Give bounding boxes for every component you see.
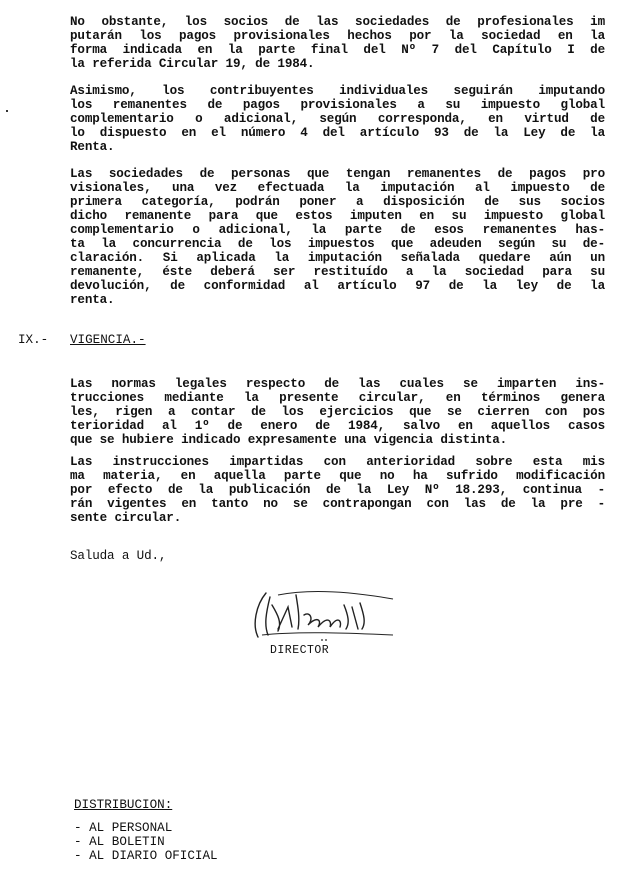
text-line: por efecto de la publicación de la Ley N… [70, 483, 605, 497]
text-line: Las normas legales respecto de las cuale… [70, 377, 605, 391]
section-title: VIGENCIA.- [70, 333, 146, 347]
text-line: visionales, una vez efectuada la imputac… [70, 181, 605, 195]
text-line: No obstante, los socios de las sociedade… [70, 15, 605, 29]
section-number: IX.- [18, 333, 48, 347]
distribution-item: - AL DIARIO OFICIAL [74, 849, 218, 863]
text-line: terioridad al 1º de enero de 1984, salvo… [70, 419, 605, 433]
text-line: claración. Si aplicada la imputación señ… [70, 251, 605, 265]
text-line: putarán los pagos provisionales hechos p… [70, 29, 605, 43]
text-line: rán vigentes en tanto no se contrapongan… [70, 497, 605, 511]
closing-salutation: Saluda a Ud., [70, 549, 605, 563]
text-line: devolución, de conformidad al artículo 9… [70, 279, 605, 293]
text-line: los remanentes de pagos provisionales a … [70, 98, 605, 112]
text-line: remanente, éste deberá ser restituído a … [70, 265, 605, 279]
text-line: complementario o adicional, la parte de … [70, 223, 605, 237]
text-line: Renta. [70, 140, 605, 154]
text-line: renta. [70, 293, 605, 307]
signature-scribble [248, 585, 398, 645]
text-line: Las sociedades de personas que tengan re… [70, 167, 605, 181]
text-line: dicho remanente para que estos imputen e… [70, 209, 605, 223]
signer-title: DIRECTOR [270, 644, 329, 657]
distribution-item: - AL PERSONAL [74, 821, 172, 835]
text-line: Las instrucciones impartidas con anterio… [70, 455, 605, 469]
text-line: complementario o adicional, según corres… [70, 112, 605, 126]
distribution-title: DISTRIBUCION: [74, 798, 172, 812]
text-line: sente circular. [70, 511, 605, 525]
text-line: Asimismo, los contribuyentes individuale… [70, 84, 605, 98]
text-line: la referida Circular 19, de 1984. [70, 57, 605, 71]
text-line: lo dispuesto en el número 4 del artículo… [70, 126, 605, 140]
margin-mark [6, 110, 8, 112]
text-line: forma indicada en la parte final del Nº … [70, 43, 605, 57]
text-line: primera categoría, podrán poner a dispos… [70, 195, 605, 209]
text-line: ma materia, en aquella parte que no ha s… [70, 469, 605, 483]
distribution-item: - AL BOLETIN [74, 835, 165, 849]
text-line: les, rigen a contar de los ejercicios qu… [70, 405, 605, 419]
text-line: que se hubiere indicado expresamente una… [70, 433, 605, 447]
text-line: trucciones mediante la presente circular… [70, 391, 605, 405]
text-line: ta la concurrencia de los impuestos que … [70, 237, 605, 251]
